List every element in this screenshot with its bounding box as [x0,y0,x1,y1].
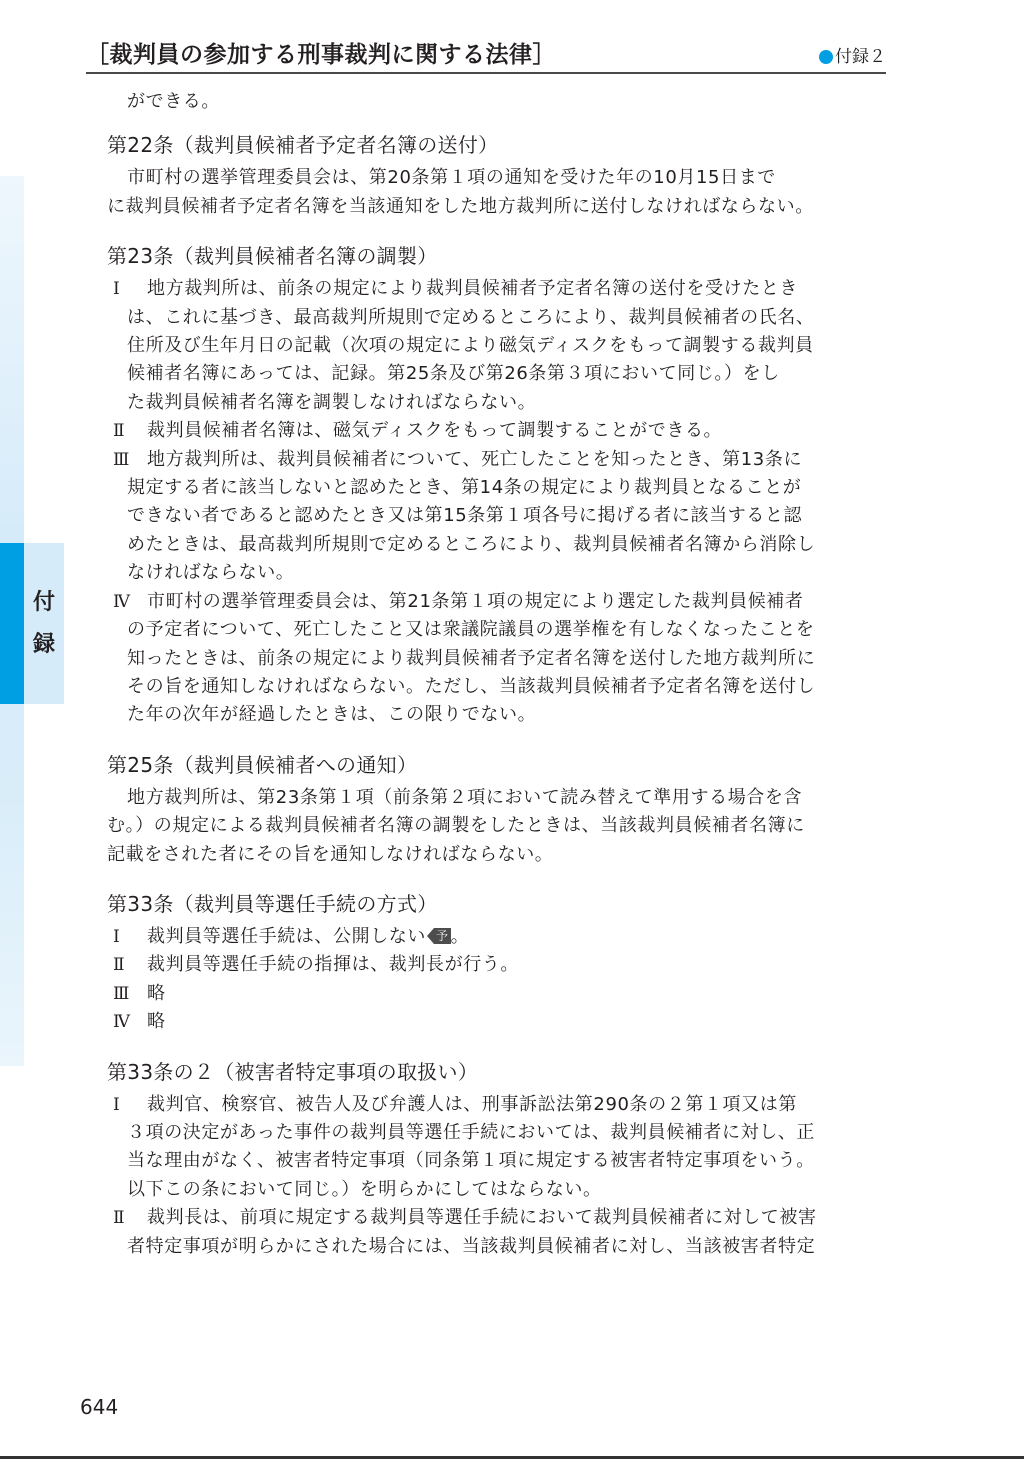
clause-text-wrapper: 裁判員等選任手続は、公開しない予。 [147,923,869,951]
clause-number: Ⅱ [107,951,147,979]
article-heading: 第23条（裁判員候補者名簿の調製） [107,241,869,271]
section-tab-char: 録 [33,624,55,666]
section-tab-label: 付 録 [24,543,64,704]
bullet-dot-icon [819,50,833,64]
article-heading: 第25条（裁判員候補者への通知） [107,750,869,780]
article-33: 第33条（裁判員等選任手続の方式） Ⅰ 裁判員等選任手続は、公開しない予。 Ⅱ … [107,889,869,1037]
article-25: 第25条（裁判員候補者への通知） 地方裁判所は、第23条第１項（前条第２項におい… [107,750,869,869]
section-tab-marker [0,543,24,704]
clause-end: 。 [451,926,470,947]
clause-text: た年の次年が経過したときは、この限りでない。 [107,701,869,729]
clause-text: 裁判官、検察官、被告人及び弁護人は、刑事訴訟法第290条の２第１項又は第 [147,1091,869,1119]
clause-2: Ⅱ 裁判員等選任手続の指揮は、裁判長が行う。 [107,951,869,979]
clause-number: Ⅳ [107,1008,147,1036]
yo-marker-icon: 予 [434,928,451,944]
clause-text: 裁判員候補者名簿は、磁気ディスクをもって調製することができる。 [147,417,869,445]
paragraph-line: 市町村の選挙管理委員会は、第20条第１項の通知を受けた年の10月15日まで [107,164,869,192]
clause-1: Ⅰ 裁判員等選任手続は、公開しない予。 [107,923,869,951]
clause-text: の予定者について、死亡したこと又は衆議院議員の選挙権を有しなくなったことを [107,616,869,644]
clause-text: 候補者名簿にあっては、記録。第25条及び第26条第３項において同じ。）をし [107,360,869,388]
clause-3: Ⅲ 略 [107,980,869,1008]
section-label-text: 付録２ [835,46,886,68]
article-22: 第22条（裁判員候補者予定者名簿の送付） 市町村の選挙管理委員会は、第20条第１… [107,130,869,221]
section-label: 付録２ [819,46,886,68]
article-heading: 第33条（裁判員等選任手続の方式） [107,889,869,919]
clause-number: Ⅱ [107,417,147,445]
clause-text: 以下この条において同じ。）を明らかにしてはならない。 [107,1176,869,1204]
clause-text: できない者であると認めたとき又は第15条第１項各号に掲げる者に該当すると認 [107,502,869,530]
clause-number: Ⅲ [107,446,147,474]
clause-text: 市町村の選挙管理委員会は、第21条第１項の規定により選定した裁判員候補者 [147,588,869,616]
article-heading: 第33条の２（被害者特定事項の取扱い） [107,1057,869,1087]
clause-number: Ⅱ [107,1204,147,1232]
clause-number: Ⅰ [107,923,147,951]
clause-text: ３項の決定があった事件の裁判員等選任手続においては、裁判員候補者に対し、正 [107,1119,869,1147]
paragraph-line: 記載をされた者にその旨を通知しなければならない。 [107,841,869,869]
page-body: ができる。 第22条（裁判員候補者予定者名簿の送付） 市町村の選挙管理委員会は、… [107,88,869,1261]
clause-text: 住所及び生年月日の記載（次項の規定により磁気ディスクをもって調製する裁判員 [107,332,869,360]
clause-text: 知ったときは、前条の規定により裁判員候補者予定者名簿を送付した地方裁判所に [107,645,869,673]
clause-text: 裁判長は、前項に規定する裁判員等選任手続において裁判員候補者に対して被害 [147,1204,869,1232]
clause-text: 裁判員等選任手続の指揮は、裁判長が行う。 [147,951,869,979]
clause-number: Ⅳ [107,588,147,616]
continued-text: ができる。 [107,88,869,116]
clause-1: Ⅰ 裁判官、検察官、被告人及び弁護人は、刑事訴訟法第290条の２第１項又は第 [107,1091,869,1119]
clause-text: 略 [147,1008,869,1036]
clause-text: 規定する者に該当しないと認めたとき、第14条の規定により裁判員となることが [107,474,869,502]
clause-4: Ⅳ 市町村の選挙管理委員会は、第21条第１項の規定により選定した裁判員候補者 [107,588,869,616]
clause-text: なければならない。 [107,559,869,587]
clause-text: 略 [147,980,869,1008]
clause-text: 当な理由がなく、被害者特定事項（同条第１項に規定する被害者特定事項をいう。 [107,1147,869,1175]
paragraph-line: む。）の規定による裁判員候補者名簿の調製をしたときは、当該裁判員候補者名簿に [107,812,869,840]
clause-4: Ⅳ 略 [107,1008,869,1036]
clause-2: Ⅱ 裁判員候補者名簿は、磁気ディスクをもって調製することができる。 [107,417,869,445]
page-number: 644 [80,1395,118,1419]
paragraph-line: 地方裁判所は、第23条第１項（前条第２項において読み替えて準用する場合を含 [107,784,869,812]
clause-number: Ⅰ [107,1091,147,1119]
clause-text: その旨を通知しなければならない。ただし、当該裁判員候補者予定者名簿を送付し [107,673,869,701]
article-heading: 第22条（裁判員候補者予定者名簿の送付） [107,130,869,160]
clause-text: 地方裁判所は、前条の規定により裁判員候補者予定者名簿の送付を受けたとき [147,275,869,303]
clause-text: 裁判員等選任手続は、公開しない [147,926,426,947]
article-23: 第23条（裁判員候補者名簿の調製） Ⅰ 地方裁判所は、前条の規定により裁判員候補… [107,241,869,730]
clause-text: 地方裁判所は、裁判員候補者について、死亡したことを知ったとき、第13条に [147,446,869,474]
clause-text: 者特定事項が明らかにされた場合には、当該裁判員候補者に対し、当該被害者特定 [107,1233,869,1261]
paragraph-line: に裁判員候補者予定者名簿を当該通知をした地方裁判所に送付しなければならない。 [107,193,869,221]
running-header: ［裁判員の参加する刑事裁判に関する法律］ 付録２ [86,40,886,74]
article-33-2: 第33条の２（被害者特定事項の取扱い） Ⅰ 裁判官、検察官、被告人及び弁護人は、… [107,1057,869,1261]
clause-text: た裁判員候補者名簿を調製しなければならない。 [107,389,869,417]
clause-number: Ⅲ [107,980,147,1008]
clause-text: めたときは、最高裁判所規則で定めるところにより、裁判員候補者名簿から消除し [107,531,869,559]
chapter-title: ［裁判員の参加する刑事裁判に関する法律］ [86,40,556,70]
clause-1: Ⅰ 地方裁判所は、前条の規定により裁判員候補者予定者名簿の送付を受けたとき [107,275,869,303]
section-tab-char: 付 [33,582,55,624]
clause-number: Ⅰ [107,275,147,303]
clause-text: は、これに基づき、最高裁判所規則で定めるところにより、裁判員候補者の氏名、 [107,304,869,332]
clause-2: Ⅱ 裁判長は、前項に規定する裁判員等選任手続において裁判員候補者に対して被害 [107,1204,869,1232]
clause-3: Ⅲ 地方裁判所は、裁判員候補者について、死亡したことを知ったとき、第13条に [107,446,869,474]
